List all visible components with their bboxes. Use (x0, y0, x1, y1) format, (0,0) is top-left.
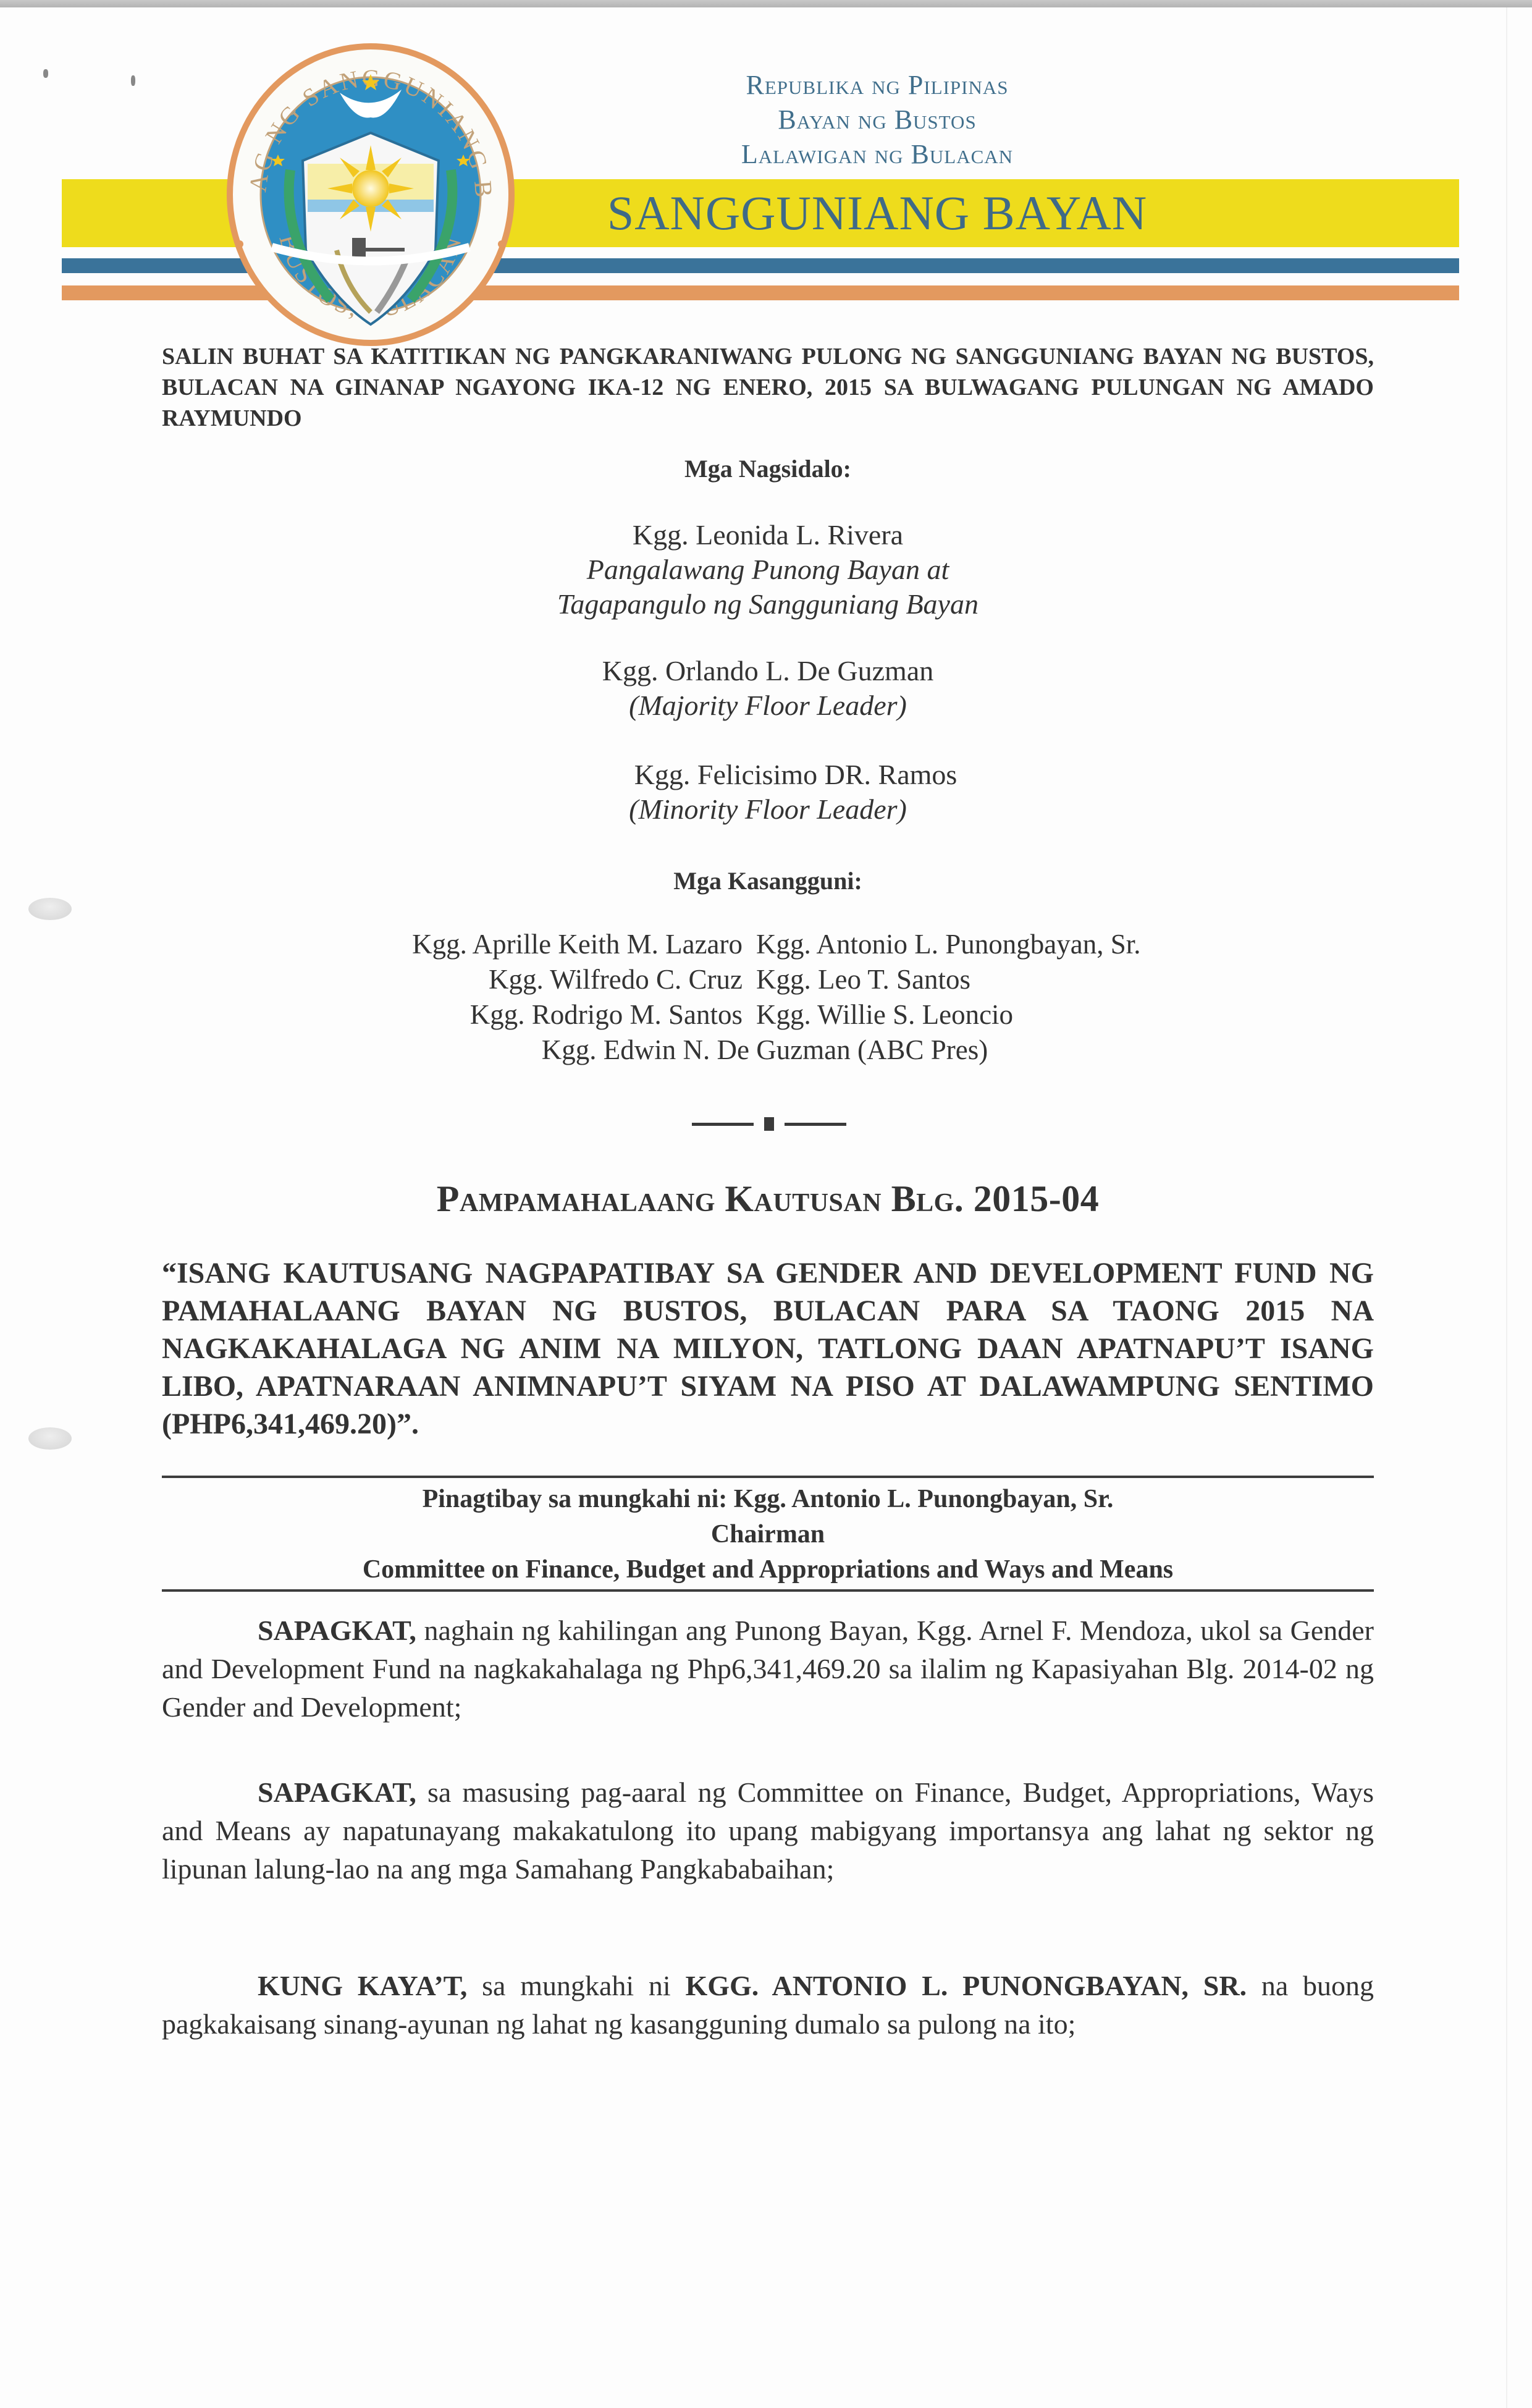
punch-hole (28, 898, 72, 920)
member-name: Kgg. Wilfredo C. Cruz (162, 962, 756, 997)
scan-edge (0, 0, 1532, 7)
rule-top (162, 1476, 1374, 1478)
adoption-committee: Committee on Finance, Budget and Appropr… (162, 1552, 1374, 1587)
officer-name: Kgg. Leonida L. Rivera (162, 518, 1374, 552)
letterhead-line-town: Bayan ng Bustos (618, 103, 1137, 137)
adoption-proposer: Pinagtibay sa mungkahi ni: Kgg. Antonio … (162, 1482, 1374, 1517)
present-heading: Mga Nagsidalo: (162, 453, 1374, 485)
scan-speck (131, 75, 135, 86)
member-name: Kgg. Willie S. Leoncio (756, 997, 1374, 1033)
members-row: Kgg. Wilfredo C. Cruz Kgg. Leo T. Santos (162, 962, 1374, 997)
members-heading: Mga Kasangguni: (162, 865, 1374, 897)
officer-majority-leader: Kgg. Orlando L. De Guzman (Majority Floo… (162, 654, 1374, 723)
member-name: Kgg. Aprille Keith M. Lazaro (162, 927, 756, 962)
divider-ornament (764, 1117, 774, 1131)
member-name: Kgg. Leo T. Santos (756, 962, 1374, 997)
punch-hole (28, 1427, 72, 1450)
resolution-proposer: KGG. ANTONIO L. PUNONGBAYAN, SR. (685, 1970, 1247, 2001)
scan-speck (43, 69, 48, 78)
members-list: Kgg. Aprille Keith M. Lazaro Kgg. Antoni… (162, 927, 1374, 1068)
member-name: Kgg. Antonio L. Punongbayan, Sr. (756, 927, 1374, 962)
divider-line (785, 1123, 846, 1126)
officer-name: Kgg. Felicisimo DR. Ramos (162, 758, 1374, 792)
member-name: Kgg. Edwin N. De Guzman (ABC Pres) (162, 1033, 1374, 1068)
officer-role: Tagapangulo ng Sangguniang Bayan (162, 587, 1374, 622)
adoption-block: Pinagtibay sa mungkahi ni: Kgg. Antonio … (162, 1482, 1374, 1587)
section-divider (692, 1117, 846, 1132)
members-row: Kgg. Rodrigo M. Santos Kgg. Willie S. Le… (162, 997, 1374, 1033)
letterhead-title: SANGGUNIANG BAYAN (568, 185, 1186, 241)
ordinance-title: Pampamahalaang Kautusan Blg. 2015-04 (162, 1177, 1374, 1220)
ordinance-description: “ISANG KAUTUSANG NAGPAPATIBAY SA GENDER … (162, 1254, 1374, 1443)
whereas-paragraph-1: SAPAGKAT, naghain ng kahilingan ang Puno… (162, 1612, 1374, 1726)
letterhead-line-province: Lalawigan ng Bulacan (618, 137, 1137, 172)
adoption-position: Chairman (162, 1517, 1374, 1552)
present-officers: Mga Nagsidalo: (162, 453, 1374, 485)
letterhead-address: Republika ng Pilipinas Bayan ng Bustos L… (618, 68, 1137, 172)
minutes-intro: SALIN BUHAT SA KATITIKAN NG PANGKARANIWA… (162, 341, 1374, 434)
officer-vice-mayor: Kgg. Leonida L. Rivera Pangalawang Punon… (162, 518, 1374, 622)
officer-name: Kgg. Orlando L. De Guzman (162, 654, 1374, 688)
officer-minority-leader: Kgg. Felicisimo DR. Ramos (Minority Floo… (162, 758, 1374, 827)
divider-line (692, 1123, 754, 1126)
whereas-paragraph-2: SAPAGKAT, sa masusing pag-aaral ng Commi… (162, 1773, 1374, 1888)
rule-bottom (162, 1589, 1374, 1592)
officer-role: (Minority Floor Leader) (162, 792, 1374, 827)
resolution-paragraph: KUNG KAYA’T, sa mungkahi ni KGG. ANTONIO… (162, 1967, 1374, 2043)
resolution-text: sa mungkahi ni (467, 1970, 685, 2001)
scan-edge-right (1506, 7, 1507, 2408)
resolution-lead: KUNG KAYA’T, (258, 1970, 467, 2001)
members-row: Kgg. Aprille Keith M. Lazaro Kgg. Antoni… (162, 927, 1374, 962)
officer-role: Pangalawang Punong Bayan at (162, 552, 1374, 587)
whereas-lead: SAPAGKAT, (258, 1615, 416, 1646)
officer-role: (Majority Floor Leader) (162, 688, 1374, 723)
municipal-seal-icon: SAGISAG NG SANGGUNIANG BAYAN BUSTOS, BUL… (222, 40, 519, 349)
letterhead-line-republic: Republika ng Pilipinas (618, 68, 1137, 103)
whereas-lead: SAPAGKAT, (258, 1776, 416, 1808)
member-name: Kgg. Rodrigo M. Santos (162, 997, 756, 1033)
